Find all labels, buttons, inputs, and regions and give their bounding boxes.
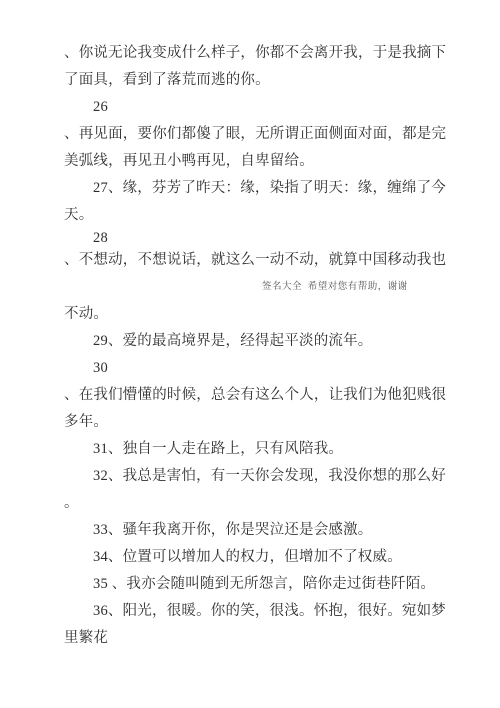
text-line: 、不想动，不想说话，就这么一动不动，就算中国移动我也 [64,247,454,274]
text-line: 30 [64,355,454,382]
text-line: 、你说无论我变成什么样子，你都不会离开我，于是我摘下 [64,40,454,67]
text-line: 29、爱的最高境界是，经得起平淡的流年。 [64,328,454,355]
text-line: 32、我总是害怕，有一天你会发现，我没你想的那么好 [64,463,454,490]
text-line: 34、位置可以增加人的权力，但增加不了权威。 [64,544,454,571]
text-line: 美弧线，再见丑小鸭再见，自卑留给。 [64,148,454,175]
text-line: 31、独自一人走在路上，只有风陪我。 [64,436,454,463]
text-line: 26 [64,94,454,121]
text-line: 天。 [64,202,454,229]
watermark-line: 签名大全 希望对您有帮助，谢谢 [64,274,454,301]
text-line: 27、缘，芬芳了昨天：缘，染指了明天：缘，缠绵了今 [64,175,454,202]
text-line: 28 [64,229,454,247]
text-line: 。 [64,490,454,517]
text-line: 多年。 [64,409,454,436]
text-line: 里繁花 [64,625,454,652]
text-line: 36、阳光，很暖。你的笑，很浅。怀抱，很好。宛如梦 [64,598,454,625]
text-lines: 、你说无论我变成什么样子，你都不会离开我，于是我摘下了面具，看到了落荒而逃的你。… [64,40,454,652]
text-line: 、再见面，要你们都傻了眼，无所谓正面侧面对面，都是完 [64,121,454,148]
text-line: 35 、我亦会随叫随到无所怨言，陪你走过街巷阡陌。 [64,571,454,598]
text-line: 、在我们懵懂的时候，总会有这么个人，让我们为他犯贱很 [64,382,454,409]
document-page: 、你说无论我变成什么样子，你都不会离开我，于是我摘下了面具，看到了落荒而逃的你。… [0,0,500,708]
text-line: 33、骚年我离开你，你是哭泣还是会感激。 [64,517,454,544]
text-line: 不动。 [64,301,454,328]
text-line: 了面具，看到了落荒而逃的你。 [64,67,454,94]
